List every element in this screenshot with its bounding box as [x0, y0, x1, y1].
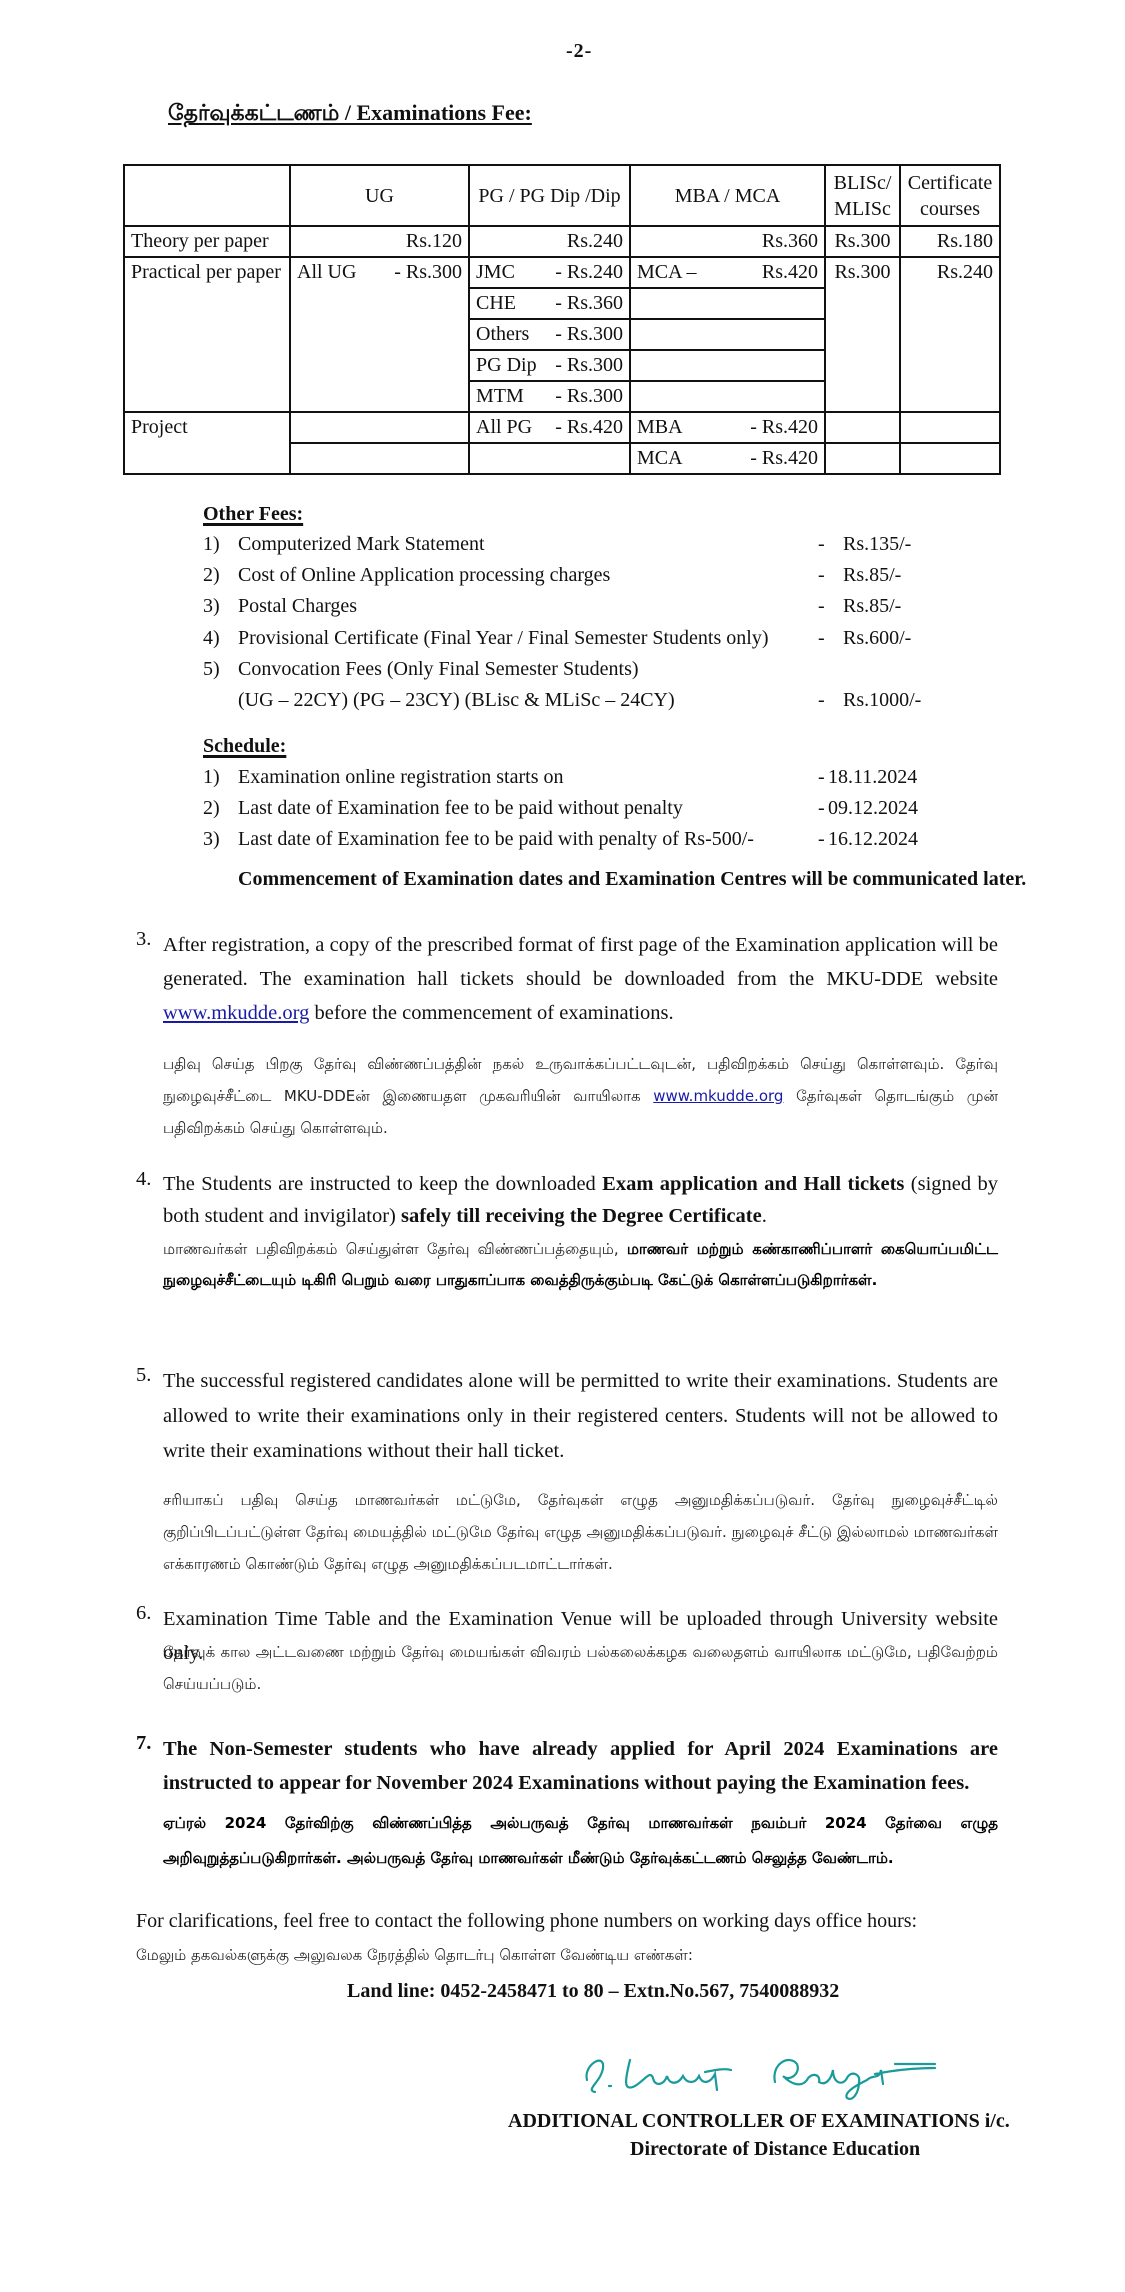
header-cell-pg: PG / PG Dip /Dip: [469, 165, 630, 226]
pg-name: MTM: [476, 382, 524, 411]
item-text: Convocation Fees (Only Final Semester St…: [238, 658, 639, 681]
cell-certificate-empty: [900, 412, 1000, 443]
item-number: 3): [203, 828, 220, 851]
cell-mba-mca: Rs.360: [630, 226, 825, 257]
pg-value: - Rs.240: [555, 258, 623, 287]
other-fees-heading: Other Fees:: [203, 503, 303, 526]
ug-name: All UG: [297, 258, 356, 287]
item-value: Rs.85/-: [843, 595, 901, 618]
row-label: Project: [124, 412, 290, 474]
instruction-number: 3.: [136, 928, 151, 951]
instruction-7-tamil: ஏப்ரல் 2024 தேர்விற்கு விண்ணப்பித்த அல்ப…: [163, 1806, 998, 1876]
item-number: 1): [203, 533, 220, 556]
section-title-exam-fee: தேர்வுக்கட்டணம் / Examinations Fee:: [168, 100, 532, 129]
pg-name: Others: [476, 320, 529, 349]
item-number: 5): [203, 658, 220, 681]
item-text: Last date of Examination fee to be paid …: [238, 828, 754, 851]
item-dash: -: [818, 689, 825, 712]
list-item: 2)Cost of Online Application processing …: [0, 564, 1125, 590]
item-value: 16.12.2024: [828, 828, 918, 851]
cell-pg: Others- Rs.300: [469, 319, 630, 350]
item-value: Rs.600/-: [843, 627, 911, 650]
list-item: 5)Convocation Fees (Only Final Semester …: [0, 658, 1125, 684]
pg-value: - Rs.360: [555, 289, 623, 318]
exam-fee-table: UG PG / PG Dip /Dip MBA / MCA BLISc/ MLI…: [123, 164, 1001, 475]
cell-pg: MTM- Rs.300: [469, 381, 630, 412]
instruction-3-tamil: பதிவு செய்த பிறகு தேர்வு விண்ணப்பத்தின் …: [163, 1048, 998, 1144]
item-number: 4): [203, 627, 220, 650]
mca-value: Rs.420: [762, 258, 818, 287]
item-text: Postal Charges: [238, 595, 357, 618]
list-item: 3)Last date of Examination fee to be pai…: [0, 828, 1125, 854]
item-value: Rs.1000/-: [843, 689, 921, 712]
cell-mba-mca: MCA –Rs.420: [630, 257, 825, 288]
instruction-text-en: After registration, a copy of the prescr…: [163, 928, 998, 1030]
header-cell-ug: UG: [290, 165, 469, 226]
pg-name: JMC: [476, 258, 515, 287]
text-bold: safely till receiving the Degree Certifi…: [401, 1205, 762, 1227]
item-dash: -: [818, 627, 825, 650]
instruction-number: 5.: [136, 1364, 151, 1387]
cell-ug: All UG- Rs.300: [290, 257, 469, 412]
item-text: (UG – 22CY) (PG – 23CY) (BLisc & MLiSc –…: [238, 689, 675, 712]
mca-name: MCA: [637, 444, 683, 473]
website-link[interactable]: www.mkudde.org: [163, 1002, 309, 1024]
cell-certificate: Rs.240: [900, 257, 1000, 412]
table-row-project: Project All PG- Rs.420 MBA- Rs.420: [124, 412, 1000, 443]
cell-mba-mca-empty: [630, 319, 825, 350]
pg-value: - Rs.300: [555, 320, 623, 349]
list-item: 1)Computerized Mark Statement-Rs.135/-: [0, 533, 1125, 559]
instruction-text-en: The Non-Semester students who have alrea…: [163, 1732, 998, 1800]
cell-blisc: Rs.300: [825, 226, 900, 257]
designation: ADDITIONAL CONTROLLER OF EXAMINATIONS i/…: [508, 2110, 1010, 2133]
mca-value: - Rs.420: [750, 444, 818, 473]
instruction-5-tamil: சரியாகப் பதிவு செய்த மாணவர்கள் மட்டுமே, …: [163, 1484, 998, 1580]
pg-name: PG Dip: [476, 351, 537, 380]
schedule-heading: Schedule:: [203, 735, 286, 758]
instruction-number: 7.: [136, 1732, 151, 1755]
item-dash: -: [818, 766, 825, 789]
signature-image: [575, 2040, 975, 2105]
cell-pg: CHE- Rs.360: [469, 288, 630, 319]
list-item: 4)Provisional Certificate (Final Year / …: [0, 627, 1125, 653]
list-item: 1)Examination online registration starts…: [0, 766, 1125, 792]
text: .: [762, 1205, 767, 1227]
list-item: 2)Last date of Examination fee to be pai…: [0, 797, 1125, 823]
mba-value: - Rs.420: [750, 413, 818, 442]
header-cell: [124, 165, 290, 226]
header-cell-mba-mca: MBA / MCA: [630, 165, 825, 226]
instruction-6-tamil: தேர்வுக் கால அட்டவணை மற்றும் தேர்வு மையங…: [163, 1636, 998, 1700]
cell-pg-empty: [469, 443, 630, 474]
cell-blisc-empty: [825, 412, 900, 443]
item-value: Rs.85/-: [843, 564, 901, 587]
item-value: Rs.135/-: [843, 533, 911, 556]
row-label: Theory per paper: [124, 226, 290, 257]
page-number: -2-: [566, 40, 592, 63]
text: After registration, a copy of the prescr…: [163, 934, 998, 990]
cell-mba-mca-empty: [630, 350, 825, 381]
list-item: (UG – 22CY) (PG – 23CY) (BLisc & MLiSc –…: [0, 689, 1125, 715]
item-text: Cost of Online Application processing ch…: [238, 564, 610, 587]
row-label: Practical per paper: [124, 257, 290, 412]
header-cell-blisc: BLISc/ MLISc: [825, 165, 900, 226]
pg-value: - Rs.300: [555, 382, 623, 411]
item-text: Provisional Certificate (Final Year / Fi…: [238, 627, 769, 650]
cell-certificate-empty: [900, 443, 1000, 474]
pg-name: All PG: [476, 413, 532, 442]
item-number: 3): [203, 595, 220, 618]
instruction-number: 6.: [136, 1602, 151, 1625]
item-dash: -: [818, 533, 825, 556]
item-text: Last date of Examination fee to be paid …: [238, 797, 683, 820]
cell-pg: Rs.240: [469, 226, 630, 257]
department: Directorate of Distance Education: [630, 2138, 920, 2161]
cell-mca: MCA- Rs.420: [630, 443, 825, 474]
mca-name: MCA –: [637, 258, 696, 287]
cell-pg: PG Dip- Rs.300: [469, 350, 630, 381]
text: The Students are instructed to keep the …: [163, 1173, 602, 1195]
text: மாணவர்கள் பதிவிறக்கம் செய்துள்ள தேர்வு வ…: [163, 1240, 627, 1258]
cell-certificate: Rs.180: [900, 226, 1000, 257]
cell-ug-empty: [290, 412, 469, 443]
mba-name: MBA: [637, 413, 683, 442]
cell-pg: All PG- Rs.420: [469, 412, 630, 443]
instruction-number: 4.: [136, 1168, 151, 1191]
pg-value: - Rs.420: [555, 413, 623, 442]
cell-pg: JMC- Rs.240: [469, 257, 630, 288]
cell-mba-mca-empty: [630, 381, 825, 412]
cell-mba-mca-empty: [630, 288, 825, 319]
item-number: 2): [203, 797, 220, 820]
item-dash: -: [818, 828, 825, 851]
text-bold: Exam application and Hall tickets: [602, 1173, 904, 1195]
item-dash: -: [818, 595, 825, 618]
list-item: 3)Postal Charges-Rs.85/-: [0, 595, 1125, 621]
item-number: 2): [203, 564, 220, 587]
ug-value: - Rs.300: [394, 258, 462, 287]
cell-mba: MBA- Rs.420: [630, 412, 825, 443]
landline-numbers: Land line: 0452-2458471 to 80 – Extn.No.…: [347, 1980, 839, 2003]
item-text: Examination online registration starts o…: [238, 766, 564, 789]
cell-ug: Rs.120: [290, 226, 469, 257]
item-dash: -: [818, 564, 825, 587]
table-header-row: UG PG / PG Dip /Dip MBA / MCA BLISc/ MLI…: [124, 165, 1000, 226]
text: before the commencement of examinations.: [309, 1002, 673, 1024]
instruction-4-tamil: மாணவர்கள் பதிவிறக்கம் செய்துள்ள தேர்வு வ…: [163, 1234, 998, 1296]
item-dash: -: [818, 797, 825, 820]
header-cell-certificate: Certificate courses: [900, 165, 1000, 226]
item-number: 1): [203, 766, 220, 789]
cell-blisc-empty: [825, 443, 900, 474]
table-row-theory: Theory per paper Rs.120 Rs.240 Rs.360 Rs…: [124, 226, 1000, 257]
instruction-text-en: The successful registered candidates alo…: [163, 1364, 998, 1469]
cell-ug-empty: [290, 443, 469, 474]
pg-name: CHE: [476, 289, 516, 318]
clarification-text: For clarifications, feel free to contact…: [136, 1910, 917, 1933]
commencement-note: Commencement of Examination dates and Ex…: [238, 868, 1026, 891]
pg-value: - Rs.300: [555, 351, 623, 380]
item-text: Computerized Mark Statement: [238, 533, 485, 556]
clarification-text-tamil: மேலும் தகவல்களுக்கு அலுவலக நேரத்தில் தொட…: [136, 1946, 693, 1966]
item-value: 09.12.2024: [828, 797, 918, 820]
instruction-text-en: The Students are instructed to keep the …: [163, 1168, 998, 1232]
item-value: 18.11.2024: [828, 766, 917, 789]
table-row-practical: Practical per paper All UG- Rs.300 JMC- …: [124, 257, 1000, 288]
cell-blisc: Rs.300: [825, 257, 900, 412]
website-link-tamil[interactable]: www.mkudde.org: [653, 1087, 783, 1105]
